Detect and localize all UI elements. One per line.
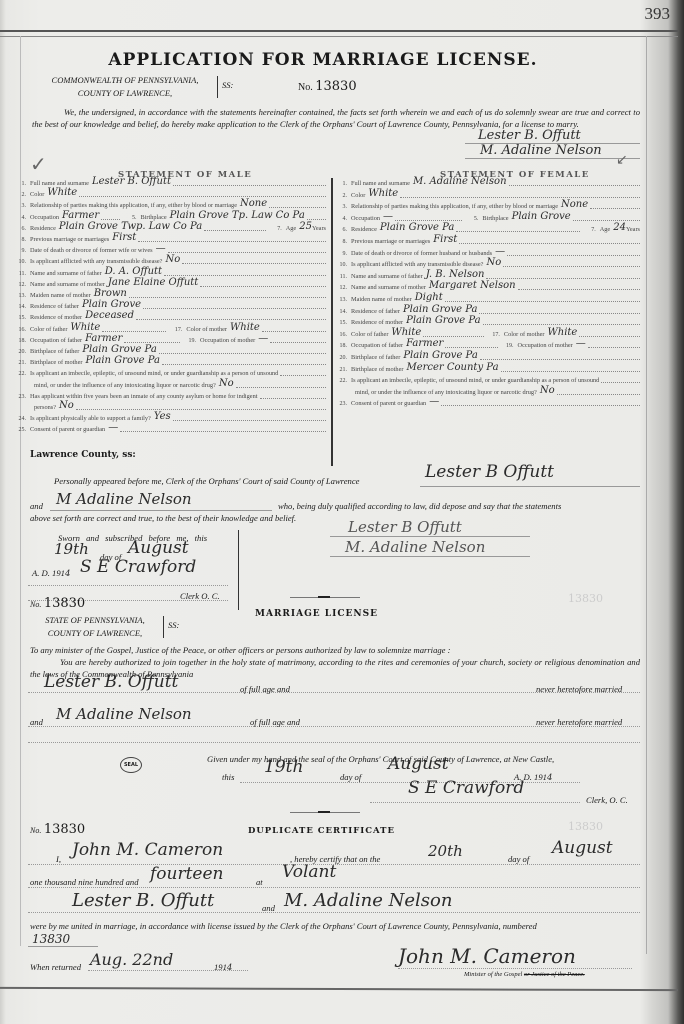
field-value: 24: [613, 223, 626, 233]
field-label: Occupation of father: [351, 342, 403, 349]
sworn-ad: A. D. 1914: [32, 567, 70, 580]
fill-line: [28, 585, 228, 586]
field-value: Plain Grove: [512, 212, 571, 222]
right-margin-line: [646, 36, 647, 954]
license-clerk-signature: S E Crawford: [408, 778, 524, 798]
statement-field: 3.Relationship of parties making this ap…: [14, 198, 326, 209]
field-number: 11.: [335, 274, 347, 280]
application-number: No. 13830: [298, 79, 357, 94]
statement-field: 22.Is applicant an imbecile, epileptic, …: [14, 366, 326, 377]
field-label: Is applicant afflicted with any transmis…: [351, 261, 483, 268]
field-number: 12.: [335, 285, 347, 291]
field-number: 17.: [170, 327, 182, 333]
brace: [238, 530, 239, 610]
field-value: Farmer: [406, 339, 443, 349]
statement-field: 14.Residence of fatherPlain Grove Pa: [335, 304, 640, 315]
fill-line: [88, 970, 248, 971]
signature-line: [330, 556, 530, 557]
dotted-leader: [480, 359, 640, 360]
dotted-leader: [307, 219, 326, 220]
top-rule-thin: [0, 36, 678, 37]
field-value: No: [540, 386, 555, 396]
field-number: 4.: [335, 216, 347, 222]
dotted-leader: [262, 331, 326, 332]
sworn-day: 19th: [54, 540, 89, 558]
field-number: 25.: [14, 427, 26, 433]
field-label: Color of mother: [186, 326, 227, 333]
field-number: 16.: [335, 332, 347, 338]
statement-field: 21.Birthplace of motherPlain Grove Pa: [14, 355, 326, 366]
dotted-leader: [164, 275, 326, 276]
statement-field: 16.Color of fatherWhite17.Color of mothe…: [14, 322, 326, 333]
statement-field: 18.Occupation of fatherFarmer19.Occupati…: [14, 333, 326, 344]
field-label: Consent of parent or guardian: [30, 426, 105, 433]
statement-field: 25.Consent of parent or guardian—: [14, 422, 326, 433]
brace: [217, 76, 218, 98]
field-number: 9.: [335, 251, 347, 257]
certificate-when-returned: When returned: [30, 961, 81, 973]
field-value: None: [240, 199, 267, 209]
dotted-leader: [483, 324, 640, 325]
field-value: J. B. Nelson: [426, 270, 485, 280]
dotted-leader: [445, 301, 640, 302]
field-label: Name and surname of mother: [30, 281, 105, 288]
field-label: Name and surname of mother: [351, 284, 426, 291]
field-value: White: [391, 328, 421, 338]
dotted-leader: [590, 208, 640, 209]
number-value: 13830: [44, 596, 85, 611]
certificate-bride: M. Adaline Nelson: [284, 890, 452, 911]
statement-field: 12.Name and surname of motherMargaret Ne…: [335, 280, 640, 291]
statement-field: 4.OccupationFarmer5.BirthplacePlain Grov…: [14, 210, 326, 221]
statement-field: 8.Previous marriage or marriagesFirst: [14, 232, 326, 243]
application-title: APPLICATION FOR MARRIAGE LICENSE.: [0, 50, 646, 70]
fill-line: [28, 946, 98, 947]
field-value: No: [165, 255, 180, 265]
field-value: No: [59, 401, 74, 411]
statement-field: 2.ColorWhite: [14, 187, 326, 198]
field-value: Yes: [154, 412, 171, 422]
top-rule: [0, 30, 678, 32]
field-label: Maiden name of mother: [351, 296, 412, 303]
field-number: 11.: [14, 271, 26, 277]
dotted-leader: [503, 266, 640, 267]
statement-field: 12.Name and surname of motherJane Elaine…: [14, 277, 326, 288]
field-number: 8.: [335, 239, 347, 245]
statement-field: 6.ResidencePlain Grove Twp. Law Co Pa7.A…: [14, 221, 326, 232]
field-number: 6.: [14, 226, 26, 232]
dotted-leader: [400, 197, 640, 198]
field-label: Date of death or divorce of former wife …: [30, 247, 153, 254]
field-number: 21.: [14, 360, 26, 366]
statement-field-continued: mind, or under the influence of any into…: [355, 385, 640, 396]
statement-field: 10.Is applicant afflicted with any trans…: [14, 254, 326, 265]
field-label: Age: [286, 225, 297, 232]
field-label: Color of father: [351, 331, 388, 338]
field-value: 25: [299, 222, 312, 232]
field-number: 5.: [124, 215, 136, 221]
dotted-leader: [129, 297, 326, 298]
license-never-married-2: never heretofore married: [536, 716, 622, 728]
arrow-mark-icon: ↙: [616, 152, 628, 168]
signature-line: [330, 536, 530, 537]
certificate-license-number: 13830: [32, 932, 70, 946]
license-full-age: of full age and: [240, 683, 290, 695]
field-value: White: [70, 323, 100, 333]
license-jurisdiction: STATE OF PENNSYLVANIA, COUNTY OF LAWRENC…: [30, 614, 160, 640]
dotted-leader: [124, 342, 180, 343]
field-label: Residence of mother: [351, 319, 403, 326]
bottom-rule: [0, 987, 678, 991]
field-value: Jane Elaine Offutt: [108, 278, 198, 288]
field-label: Age: [600, 226, 611, 233]
signature-line: [465, 158, 640, 159]
statement-field: 15.Residence of motherDeceased: [14, 310, 326, 321]
field-value: Mercer County Pa: [406, 363, 498, 373]
field-number: 7.: [584, 227, 596, 233]
field-label: Birthplace of father: [351, 354, 400, 361]
field-label: Relationship of parties making this appl…: [30, 202, 237, 209]
field-label: Occupation of father: [30, 337, 82, 344]
certificate-day: 20th: [428, 842, 463, 860]
field-value: Lester B. Offutt: [92, 177, 171, 187]
field-value: D. A. Offutt: [105, 267, 162, 277]
certificate-returned-year: 1914: [214, 961, 232, 974]
field-suffix: Years: [626, 226, 640, 233]
fill-line: [28, 887, 640, 888]
field-label: Consent of parent or guardian: [351, 400, 426, 407]
field-label: Occupation of mother: [518, 342, 573, 349]
statement-field-continued: persons?No: [34, 400, 326, 411]
dotted-leader: [143, 308, 326, 309]
field-value: —: [429, 397, 439, 407]
license-day: 19th: [264, 757, 303, 777]
field-value: White: [368, 189, 398, 199]
field-number: 15.: [335, 320, 347, 326]
field-label: Color: [351, 192, 365, 199]
field-number: 10.: [335, 262, 347, 268]
field-number: 1.: [335, 181, 347, 187]
field-label: Birthplace of mother: [351, 366, 403, 373]
number-label: No.: [298, 82, 313, 93]
field-value: Farmer: [85, 334, 122, 344]
dotted-leader: [76, 409, 326, 410]
statement-field: 13.Maiden name of motherDight: [335, 292, 640, 303]
dotted-leader: [162, 364, 326, 365]
oath-paragraph: We, the undersigned, in accordance with …: [32, 106, 640, 130]
dotted-leader: [280, 375, 326, 376]
license-bride: M Adaline Nelson: [56, 705, 192, 723]
license-full-age-2: of full age and: [250, 716, 300, 728]
affiant-signature-male: Lester B Offutt: [348, 518, 462, 536]
field-value: —: [383, 212, 393, 222]
field-value: No: [219, 379, 234, 389]
dotted-leader: [159, 353, 326, 354]
field-value: Dight: [415, 293, 443, 303]
field-label: Birthplace of mother: [30, 359, 82, 366]
dotted-leader: [120, 431, 326, 432]
field-label: Color of mother: [504, 331, 545, 338]
faint-stamp: 13830: [568, 592, 603, 605]
statement-field: 2.ColorWhite: [335, 188, 640, 199]
field-label: Name and surname of father: [351, 273, 423, 280]
column-divider: [331, 178, 333, 466]
statement-field: 9.Date of death or divorce of former hus…: [335, 246, 640, 257]
dotted-leader: [459, 243, 640, 244]
separator-dash: [318, 596, 330, 598]
number-label: No.: [30, 826, 41, 835]
field-label: Residence of father: [351, 308, 400, 315]
field-value: Plain Grove Tp. Law Co Pa: [170, 211, 305, 221]
field-label: Birthplace: [140, 214, 166, 221]
field-number: 5.: [466, 216, 478, 222]
field-label: Is applicant afflicted with any transmis…: [30, 258, 162, 265]
license-month: August: [388, 754, 449, 774]
field-number: 20.: [14, 349, 26, 355]
applicant-signature-female: M. Adaline Nelson: [480, 143, 602, 158]
field-number: 24.: [14, 416, 26, 422]
dotted-leader: [101, 219, 120, 220]
certificate-year-words: fourteen: [150, 864, 224, 884]
statement-field: 1.Full name and surnameLester B. Offutt: [14, 176, 326, 187]
field-label: Date of death or divorce of former husba…: [351, 250, 492, 257]
field-number: 3.: [335, 204, 347, 210]
field-label: Previous marriage or marriages: [30, 236, 109, 243]
field-label: Birthplace: [482, 215, 508, 222]
dotted-leader: [136, 319, 326, 320]
field-label: Residence of mother: [30, 314, 82, 321]
certificate-groom: Lester B. Offutt: [72, 890, 214, 911]
fill-line: [28, 742, 640, 743]
field-label: Full name and surname: [30, 180, 89, 187]
field-number: 13.: [335, 297, 347, 303]
license-address: To any minister of the Gospel, Justice o…: [30, 644, 451, 656]
field-number: 23.: [14, 394, 26, 400]
field-value: Plain Grove Pa: [406, 316, 480, 326]
field-value: Plain Grove Pa: [380, 223, 454, 233]
statement-field: 15.Residence of motherPlain Grove Pa: [335, 315, 640, 326]
field-label: Relationship of parties making this appl…: [351, 203, 558, 210]
left-margin-line: [20, 36, 21, 946]
license-groom: Lester B. Offutt: [44, 672, 178, 692]
dotted-leader: [102, 331, 166, 332]
field-number: 21.: [335, 367, 347, 373]
field-value: Plain Grove Pa: [403, 351, 477, 361]
statement-field: 4.Occupation—5.BirthplacePlain Grove: [335, 211, 640, 222]
dotted-leader: [395, 220, 462, 221]
field-value: White: [47, 188, 77, 198]
field-label: Previous marriage or marriages: [351, 238, 430, 245]
field-value: M. Adaline Nelson: [413, 177, 507, 187]
statement-field: 11.Name and surname of fatherJ. B. Nelso…: [335, 269, 640, 280]
dotted-leader: [456, 231, 579, 232]
dotted-leader: [204, 230, 266, 231]
officiant-title: Minister of the Gospel or Justice of the…: [464, 969, 585, 981]
field-number: 6.: [335, 227, 347, 233]
field-label: Residence: [351, 226, 377, 233]
field-value: —: [495, 247, 505, 257]
dotted-leader: [579, 336, 640, 337]
applicant-signature-male: Lester B. Offutt: [478, 128, 581, 143]
dotted-leader: [507, 255, 640, 256]
field-label: Residence: [30, 225, 56, 232]
fill-line: [28, 912, 640, 913]
affidavit-text-2: who, being duly qualified according to l…: [278, 500, 561, 512]
field-number: 16.: [14, 327, 26, 333]
jurisdiction-line-1: COMMONWEALTH OF PENNSYLVANIA,: [30, 74, 220, 87]
field-value: Brown: [94, 289, 127, 299]
dotted-leader: [423, 336, 484, 337]
field-number: 3.: [14, 203, 26, 209]
number-label: No.: [30, 600, 41, 609]
dotted-leader: [138, 241, 326, 242]
field-number: 2.: [14, 192, 26, 198]
officiant-title-struck: or Justice of the Peace.: [524, 971, 585, 978]
jurisdiction-line-2: COUNTY OF LAWRENCE,: [30, 87, 220, 100]
ss-label: SS:: [168, 620, 179, 630]
field-value: Farmer: [62, 211, 99, 221]
license-number: No. 13830: [30, 596, 85, 611]
dotted-leader: [441, 405, 640, 406]
field-label: Is applicant an imbecile, epileptic, of …: [351, 377, 599, 384]
field-value: First: [112, 233, 136, 243]
ss-label: SS:: [222, 80, 233, 90]
field-number: 14.: [335, 309, 347, 315]
dotted-leader: [509, 185, 640, 186]
field-value: Plain Grove Pa: [403, 305, 477, 315]
statement-field: 23.Consent of parent or guardian—: [335, 396, 640, 407]
dotted-leader: [168, 252, 326, 253]
dotted-leader: [200, 286, 326, 287]
field-number: 14.: [14, 304, 26, 310]
field-label: persons?: [34, 404, 56, 411]
field-number: 8.: [14, 237, 26, 243]
statement-field: 16.Color of fatherWhite17.Color of mothe…: [335, 327, 640, 338]
jurisdiction-line-2: COUNTY OF LAWRENCE,: [30, 627, 160, 640]
field-value: White: [230, 323, 260, 333]
field-number: 1.: [14, 181, 26, 187]
number-value: 13830: [44, 822, 85, 837]
officiant-signature: John M. Cameron: [398, 944, 576, 968]
field-value: Plain Grove Twp. Law Co Pa: [59, 222, 202, 232]
dotted-leader: [270, 342, 326, 343]
affidavit-text-1: Personally appeared before me, Clerk of …: [54, 475, 359, 487]
field-value: None: [561, 200, 588, 210]
jurisdiction-line-1: STATE OF PENNSYLVANIA,: [30, 614, 160, 627]
statement-field: 3.Relationship of parties making this ap…: [335, 199, 640, 210]
field-number: 18.: [14, 338, 26, 344]
certificate-officiant: John M. Cameron: [72, 840, 223, 860]
field-number: 10.: [14, 259, 26, 265]
officiant-title-text: Minister of the Gospel: [464, 971, 522, 978]
dotted-leader: [601, 382, 640, 383]
dotted-leader: [182, 263, 326, 264]
statement-field: 20.Birthplace of fatherPlain Grove Pa: [335, 350, 640, 361]
field-value: First: [433, 235, 457, 245]
application-jurisdiction: COMMONWEALTH OF PENNSYLVANIA, COUNTY OF …: [30, 74, 220, 100]
field-number: 9.: [14, 248, 26, 254]
dotted-leader: [236, 387, 326, 388]
field-number: 17.: [488, 332, 500, 338]
dotted-leader: [588, 347, 640, 348]
dotted-leader: [260, 398, 327, 399]
statement-field-continued: mind, or under the influence of any into…: [34, 378, 326, 389]
statement-field: 22.Is applicant an imbecile, epileptic, …: [335, 373, 640, 384]
sworn-month: August: [128, 538, 189, 558]
affidavit-county-heading: Lawrence County, ss:: [30, 450, 136, 460]
field-number: 4.: [14, 215, 26, 221]
field-label: Birthplace of father: [30, 348, 79, 355]
field-label: Residence of father: [30, 303, 79, 310]
certificate-united-text: were by me united in marriage, in accord…: [30, 920, 537, 932]
field-number: 2.: [335, 193, 347, 199]
dotted-leader: [557, 394, 640, 395]
field-number: 18.: [335, 343, 347, 349]
field-label: Is applicant an imbecile, epileptic, of …: [30, 370, 278, 377]
brace: [163, 616, 164, 638]
license-given-text: Given under my hand and the seal of the …: [207, 753, 554, 765]
seal-icon: SEAL: [120, 757, 142, 773]
field-number: 23.: [335, 401, 347, 407]
dotted-leader: [445, 347, 497, 348]
affidavit-and: and: [30, 500, 43, 512]
ad-year: 4: [65, 569, 70, 579]
license-title: MARRIAGE LICENSE: [255, 609, 378, 619]
dotted-leader: [79, 196, 326, 197]
statement-field: 11.Name and surname of fatherD. A. Offut…: [14, 266, 326, 277]
field-value: —: [108, 423, 118, 433]
field-label: Occupation: [30, 214, 59, 221]
field-label: Color of father: [30, 326, 67, 333]
license-clerk-title: Clerk, O. C.: [586, 794, 628, 806]
statement-field: 10.Is applicant afflicted with any trans…: [335, 257, 640, 268]
page-number: 393: [645, 4, 671, 24]
statement-field: 13.Maiden name of motherBrown: [14, 288, 326, 299]
field-value: —: [156, 244, 166, 254]
statement-field: 9.Date of death or divorce of former wif…: [14, 243, 326, 254]
field-value: Plain Grove Pa: [85, 356, 159, 366]
statement-field: 21.Birthplace of motherMercer County Pa: [335, 362, 640, 373]
statement-field: 8.Previous marriage or marriagesFirst: [335, 234, 640, 245]
field-label: mind, or under the influence of any into…: [355, 389, 537, 396]
document-page: 393 APPLICATION FOR MARRIAGE LICENSE. CO…: [0, 0, 684, 1024]
dotted-leader: [269, 207, 326, 208]
ad-label: A. D. 191: [32, 568, 65, 578]
field-number: 19.: [502, 343, 514, 349]
dotted-leader: [573, 220, 640, 221]
statement-field: 6.ResidencePlain Grove Pa7.Age24Years: [335, 222, 640, 233]
field-label: Occupation of mother: [200, 337, 255, 344]
field-value: No: [486, 258, 501, 268]
statement-field: 14.Residence of fatherPlain Grove: [14, 299, 326, 310]
statement-field: 1.Full name and surnameM. Adaline Nelson: [335, 176, 640, 187]
field-number: 13.: [14, 293, 26, 299]
field-label: Has applicant within five years been an …: [30, 393, 258, 400]
field-number: 20.: [335, 355, 347, 361]
statement-field: 20.Birthplace of fatherPlain Grove Pa: [14, 344, 326, 355]
field-number: 15.: [14, 315, 26, 321]
field-label: Name and surname of father: [30, 270, 102, 277]
field-value: Plain Grove Pa: [82, 345, 156, 355]
field-value: Margaret Nelson: [429, 281, 516, 291]
field-label: Maiden name of mother: [30, 292, 91, 299]
affiant-signature-female: M. Adaline Nelson: [345, 538, 485, 556]
clerk-signature: S E Crawford: [80, 557, 196, 577]
affidavit-text-3: above set forth are correct and true, to…: [30, 512, 296, 524]
affidavit-female-name: M Adaline Nelson: [56, 490, 192, 508]
license-this: this: [222, 771, 234, 783]
field-suffix: Years: [312, 225, 326, 232]
